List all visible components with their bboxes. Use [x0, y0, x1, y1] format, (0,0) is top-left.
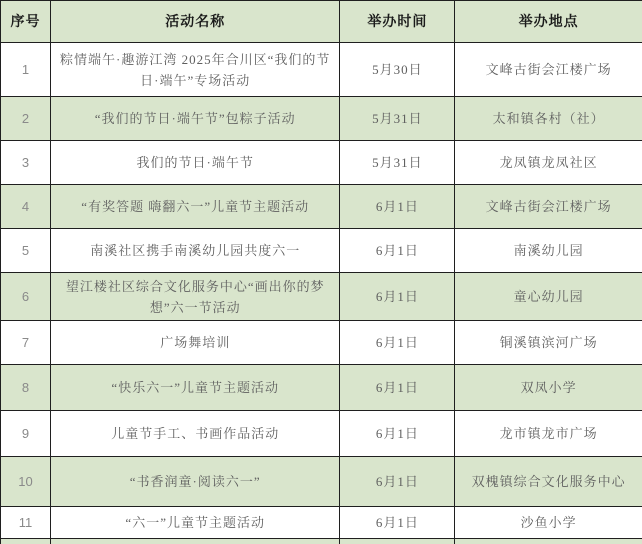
table-row: 7 广场舞培训 6月1日 铜溪镇滨河广场 [1, 321, 642, 365]
cell-time: 6月1日 [340, 411, 455, 456]
cell-index [1, 539, 51, 544]
table-row: 11 “六一”儿童节主题活动 6月1日 沙鱼小学 [1, 507, 642, 539]
cell-name: “我们的节日·端午节”包粽子活动 [51, 97, 341, 140]
table-row: 5 南溪社区携手南溪幼儿园共度六一 6月1日 南溪幼儿园 [1, 229, 642, 273]
cell-name: “快乐六一”儿童节主题活动 [51, 365, 341, 410]
cell-name: “六一”儿童节主题活动 [51, 507, 341, 538]
cell-index: 5 [1, 229, 51, 272]
cell-time: 5月30日 [340, 43, 455, 96]
cell-time: 6月1日 [340, 321, 455, 364]
cell-time: 6月1日 [340, 365, 455, 410]
cell-time: 6月1日 [340, 229, 455, 272]
header-cell-time: 举办时间 [340, 1, 455, 42]
cell-time: 6月1日 [340, 185, 455, 228]
cell-index: 10 [1, 457, 51, 506]
cell-time: 6月1日 [340, 457, 455, 506]
cell-place: 铜溪镇滨河广场 [455, 321, 642, 364]
cell-name: “有奖答题 嗨翻六一”儿童节主题活动 [51, 185, 341, 228]
table-row: 9 儿童节手工、书画作品活动 6月1日 龙市镇龙市广场 [1, 411, 642, 457]
table-row: 1 粽情端午·趣游江湾 2025年合川区“我们的节日·端午”专场活动 5月30日… [1, 43, 642, 97]
cell-name: 我们的节日·端午节 [51, 141, 341, 184]
cell-name: 望江楼社区综合文化服务中心“画出你的梦想”六一节活动 [51, 273, 341, 320]
cell-name: 南溪社区携手南溪幼儿园共度六一 [51, 229, 341, 272]
cell-index: 2 [1, 97, 51, 140]
cell-name: 粽情端午·趣游江湾 2025年合川区“我们的节日·端午”专场活动 [51, 43, 341, 96]
cell-time: 5月31日 [340, 141, 455, 184]
events-table: 序号 活动名称 举办时间 举办地点 1 粽情端午·趣游江湾 2025年合川区“我… [0, 0, 642, 544]
cell-place: 文峰古街会江楼广场 [455, 43, 642, 96]
cell-place: 双槐镇综合文化服务中心 [455, 457, 642, 506]
cell-time: 6月1日 [340, 507, 455, 538]
cell-name [51, 539, 341, 544]
cell-place [455, 539, 642, 544]
cell-name: 儿童节手工、书画作品活动 [51, 411, 341, 456]
table-row-partial [1, 539, 642, 544]
cell-index: 3 [1, 141, 51, 184]
cell-place: 龙凤镇龙凤社区 [455, 141, 642, 184]
table-row: 3 我们的节日·端午节 5月31日 龙凤镇龙凤社区 [1, 141, 642, 185]
cell-index: 11 [1, 507, 51, 538]
cell-place: 文峰古街会江楼广场 [455, 185, 642, 228]
cell-place: 沙鱼小学 [455, 507, 642, 538]
cell-time: 5月31日 [340, 97, 455, 140]
table-row: 8 “快乐六一”儿童节主题活动 6月1日 双凤小学 [1, 365, 642, 411]
header-cell-place: 举办地点 [455, 1, 642, 42]
header-cell-name: 活动名称 [51, 1, 341, 42]
cell-place: 双凤小学 [455, 365, 642, 410]
cell-index: 4 [1, 185, 51, 228]
table-row: 4 “有奖答题 嗨翻六一”儿童节主题活动 6月1日 文峰古街会江楼广场 [1, 185, 642, 229]
table-row: 10 “书香润童·阅读六一” 6月1日 双槐镇综合文化服务中心 [1, 457, 642, 507]
cell-index: 1 [1, 43, 51, 96]
cell-index: 9 [1, 411, 51, 456]
table-row: 2 “我们的节日·端午节”包粽子活动 5月31日 太和镇各村（社） [1, 97, 642, 141]
cell-place: 童心幼儿园 [455, 273, 642, 320]
table-row: 6 望江楼社区综合文化服务中心“画出你的梦想”六一节活动 6月1日 童心幼儿园 [1, 273, 642, 321]
cell-time [340, 539, 455, 544]
cell-name: “书香润童·阅读六一” [51, 457, 341, 506]
cell-index: 7 [1, 321, 51, 364]
header-cell-index: 序号 [1, 1, 51, 42]
cell-index: 6 [1, 273, 51, 320]
cell-place: 太和镇各村（社） [455, 97, 642, 140]
cell-time: 6月1日 [340, 273, 455, 320]
cell-place: 龙市镇龙市广场 [455, 411, 642, 456]
table-header-row: 序号 活动名称 举办时间 举办地点 [1, 1, 642, 43]
cell-name: 广场舞培训 [51, 321, 341, 364]
cell-place: 南溪幼儿园 [455, 229, 642, 272]
cell-index: 8 [1, 365, 51, 410]
